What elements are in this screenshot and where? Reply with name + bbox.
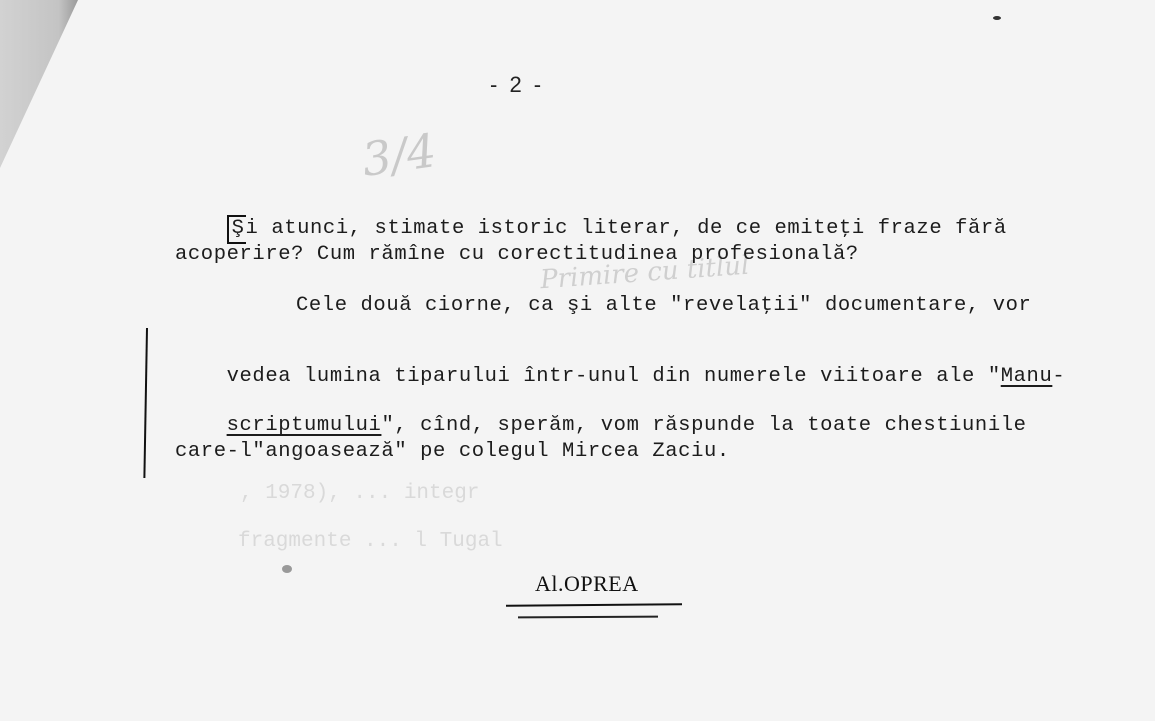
text-line: care-l"angoasează" pe colegul Mircea Zac… [175, 440, 730, 463]
signature-underline [506, 603, 682, 607]
ink-speck [282, 565, 292, 573]
underlined-word: scriptumului [227, 414, 382, 437]
bleed-through-text: fragmente ... l Tugal [238, 530, 503, 553]
text-line: Cele două ciorne, ca şi alte "revelaţii"… [296, 294, 1031, 317]
ink-speck [993, 16, 1001, 20]
signature-underline [518, 616, 658, 619]
document-page: Primire cu titlul , 1978), ... integr fr… [0, 0, 1155, 721]
text-line: acoperire? Cum rămîne cu corectitudinea … [175, 243, 859, 266]
page-number: - 2 - [490, 72, 544, 98]
bleed-through-text: , 1978), ... integr [240, 482, 479, 505]
margin-mark-line [143, 328, 148, 478]
boxed-initial-letter: Ş [227, 215, 246, 244]
archive-pencil-mark: 3/4 [359, 123, 440, 187]
underlined-word: Manu [1001, 365, 1053, 388]
signature: Al.OPREA [535, 571, 639, 597]
